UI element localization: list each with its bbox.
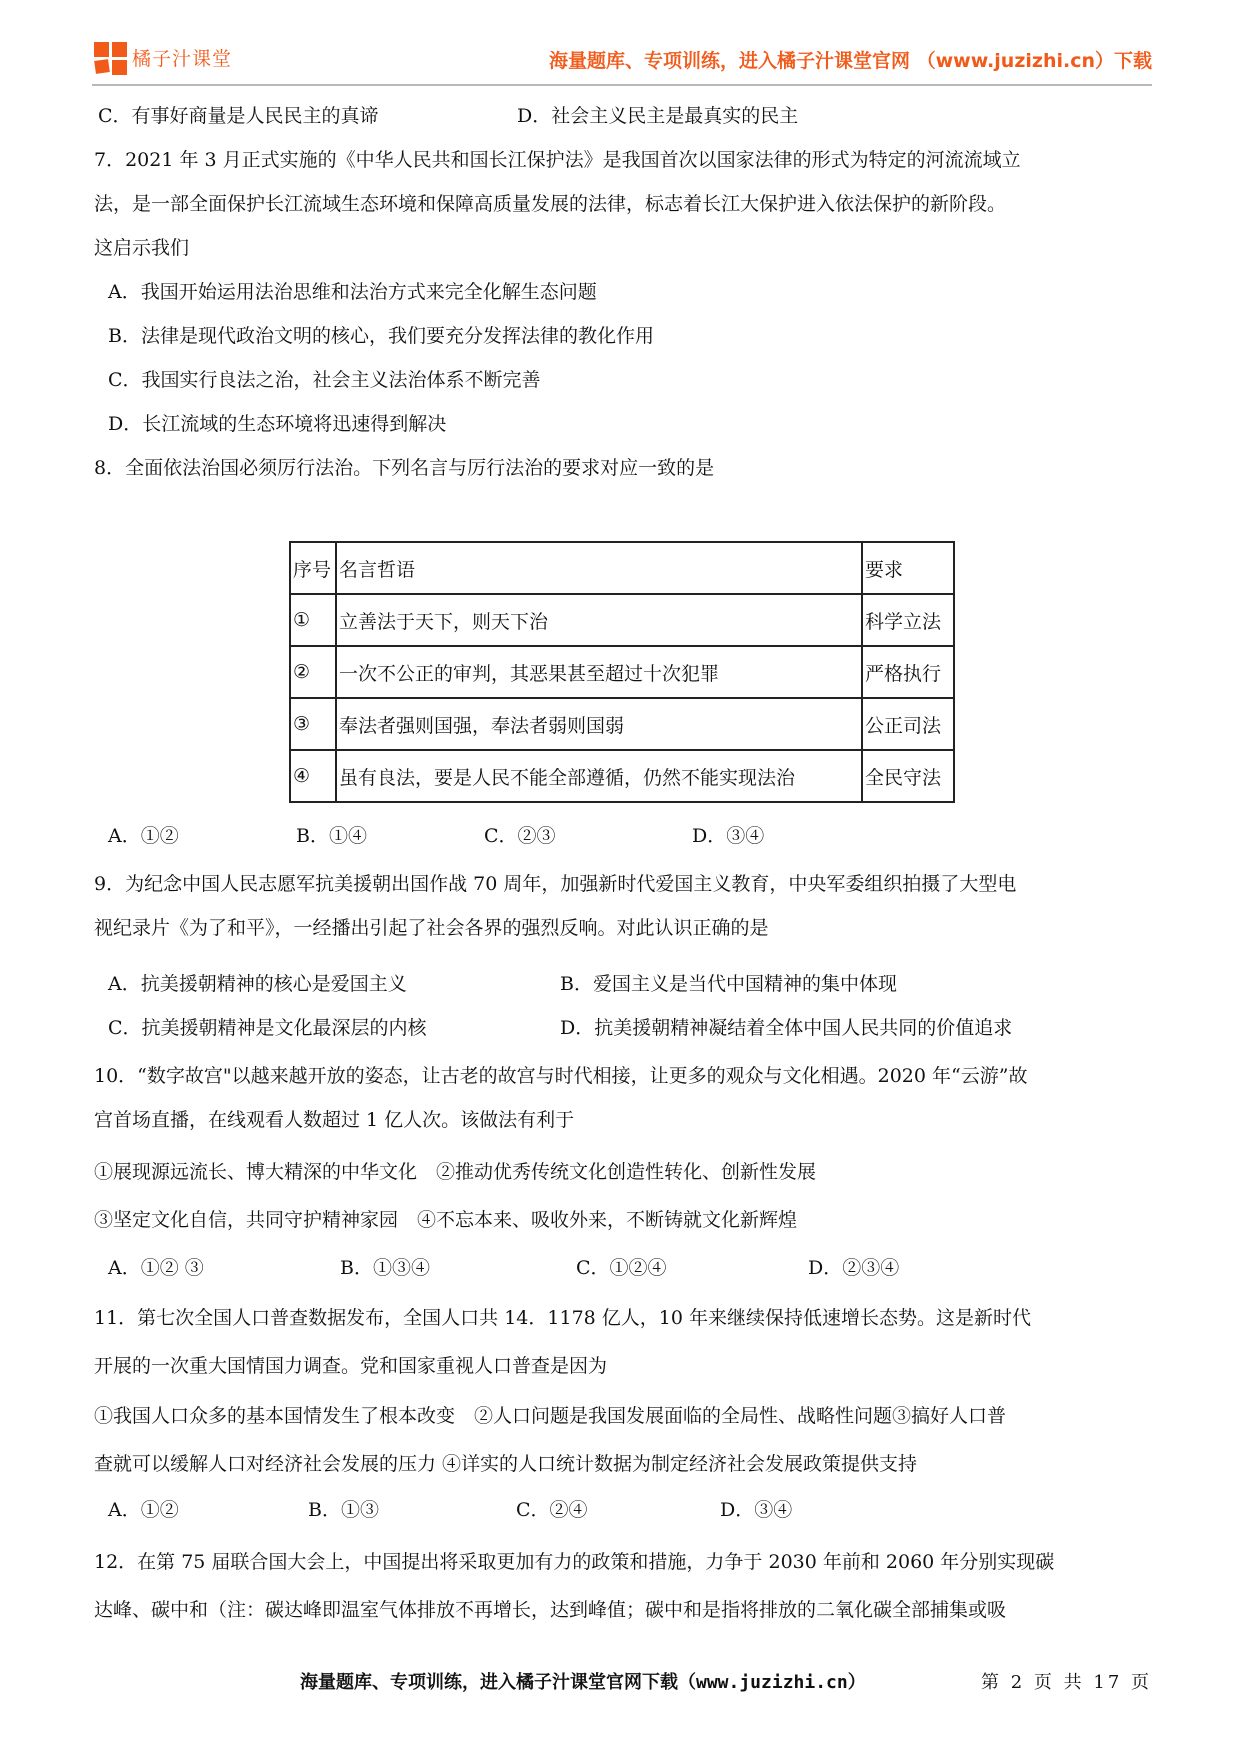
table-header-cell: 名言哲语	[336, 542, 862, 594]
table-row: ② 一次不公正的审判，其恶果甚至超过十次犯罪 严格执行	[290, 646, 954, 698]
q10-statements-2: ③坚定文化自信，共同守护精神家园 ④不忘本来、吸收外来，不断铸就文化新辉煌	[94, 1208, 797, 1232]
q8-option-d: D．③④	[692, 824, 764, 848]
q9-stem-line-2: 视纪录片《为了和平》，一经播出引起了社会各界的强烈反响。对此认识正确的是	[94, 916, 769, 940]
q11-statements-2: 查就可以缓解人口对经济社会发展的压力 ④详实的人口统计数据为制定经济社会发展政策…	[94, 1452, 917, 1476]
table-cell: 科学立法	[862, 594, 954, 646]
q11-option-d: D．③④	[720, 1498, 792, 1522]
q9-option-d: D．抗美援朝精神凝结着全体中国人民共同的价值追求	[560, 1016, 1012, 1040]
brand-logo-icon	[94, 42, 128, 76]
table-row: ③ 奉法者强则国强，奉法者弱则国弱 公正司法	[290, 698, 954, 750]
q6-option-d: D．社会主义民主是最真实的民主	[517, 104, 798, 128]
q12-stem-line-1: 12．在第 75 届联合国大会上，中国提出将采取更加有力的政策和措施，力争于 2…	[94, 1550, 1054, 1574]
q10-option-a: A．①② ③	[108, 1256, 204, 1280]
q12-stem-line-2: 达峰、碳中和（注：碳达峰即温室气体排放不再增长，达到峰值；碳中和是指将排放的二氧…	[94, 1598, 1006, 1622]
table-row: ④ 虽有良法，要是人民不能全部遵循，仍然不能实现法治 全民守法	[290, 750, 954, 802]
table-cell: ④	[290, 750, 336, 802]
q10-option-c: C．①②④	[576, 1256, 667, 1280]
q10-stem-line-1: 10．“数字故宫"以越来越开放的姿态，让古老的故宫与时代相接，让更多的观众与文化…	[94, 1064, 1027, 1088]
q8-option-c: C．②③	[484, 824, 556, 848]
table-cell: 公正司法	[862, 698, 954, 750]
table-cell: 奉法者强则国强，奉法者弱则国弱	[336, 698, 862, 750]
q8-option-b: B．①④	[296, 824, 367, 848]
table-header-cell: 序号	[290, 542, 336, 594]
header-divider	[92, 84, 1152, 86]
table-cell: 虽有良法，要是人民不能全部遵循，仍然不能实现法治	[336, 750, 862, 802]
q11-stem-line-2: 开展的一次重大国情国力调查。党和国家重视人口普查是因为	[94, 1354, 607, 1378]
q7-stem-line-1: 7．2021 年 3 月正式实施的《中华人民共和国长江保护法》是我国首次以国家法…	[94, 148, 1021, 172]
page-header: 橘子汁课堂 海量题库、专项训练，进入橘子汁课堂官网 （www.juzizhi.c…	[92, 38, 1152, 86]
q9-option-b: B．爱国主义是当代中国精神的集中体现	[560, 972, 897, 996]
q7-stem-line-3: 这启示我们	[94, 236, 189, 260]
q7-option-d: D．长江流域的生态环境将迅速得到解决	[108, 412, 446, 436]
q10-stem-line-2: 宫首场直播，在线观看人数超过 1 亿人次。该做法有利于	[94, 1108, 574, 1132]
table-cell: 全民守法	[862, 750, 954, 802]
page-number: 第 2 页 共 17 页	[981, 1668, 1152, 1694]
q11-option-c: C．②④	[516, 1498, 588, 1522]
table-cell: ①	[290, 594, 336, 646]
q7-option-b: B．法律是现代政治文明的核心，我们要充分发挥法律的教化作用	[108, 324, 654, 348]
q9-stem-line-1: 9．为纪念中国人民志愿军抗美援朝出国作战 70 周年，加强新时代爱国主义教育，中…	[94, 872, 1016, 896]
q10-statements-1: ①展现源远流长、博大精深的中华文化 ②推动优秀传统文化创造性转化、创新性发展	[94, 1160, 816, 1184]
q7-option-a: A．我国开始运用法治思维和法治方式来完全化解生态问题	[108, 280, 597, 304]
q8-option-a: A．①②	[108, 824, 179, 848]
q11-option-a: A．①②	[108, 1498, 179, 1522]
footer-link[interactable]: 海量题库、专项训练，进入橘子汁课堂官网下载（www.juzizhi.cn）	[300, 1668, 866, 1694]
header-slogan-link[interactable]: 海量题库、专项训练，进入橘子汁课堂官网 （www.juzizhi.cn）下载	[549, 46, 1152, 73]
q10-option-b: B．①③④	[340, 1256, 430, 1280]
q11-statements-1: ①我国人口众多的基本国情发生了根本改变 ②人口问题是我国发展面临的全局性、战略性…	[94, 1404, 1006, 1428]
q7-option-c: C．我国实行良法之治，社会主义法治体系不断完善	[108, 368, 541, 392]
table-cell: ②	[290, 646, 336, 698]
q8-stem: 8．全面依法治国必须厉行法治。下列名言与厉行法治的要求对应一致的是	[94, 456, 714, 480]
q11-option-b: B．①③	[308, 1498, 379, 1522]
q7-stem-line-2: 法，是一部全面保护长江流域生态环境和保障高质量发展的法律，标志着长江大保护进入依…	[94, 192, 1006, 216]
q11-stem-line-1: 11．第七次全国人口普查数据发布，全国人口共 14．1178 亿人，10 年来继…	[94, 1306, 1031, 1330]
table-header-row: 序号 名言哲语 要求	[290, 542, 954, 594]
q6-option-c: C．有事好商量是人民民主的真谛	[98, 104, 379, 128]
q8-table: 序号 名言哲语 要求 ① 立善法于天下，则天下治 科学立法 ② 一次不公正的审判…	[289, 541, 955, 803]
table-cell: 一次不公正的审判，其恶果甚至超过十次犯罪	[336, 646, 862, 698]
q9-option-c: C．抗美援朝精神是文化最深层的内核	[108, 1016, 427, 1040]
table-row: ① 立善法于天下，则天下治 科学立法	[290, 594, 954, 646]
q9-option-a: A．抗美援朝精神的核心是爱国主义	[108, 972, 407, 996]
q10-option-d: D．②③④	[808, 1256, 899, 1280]
table-cell: ③	[290, 698, 336, 750]
table-cell: 立善法于天下，则天下治	[336, 594, 862, 646]
table-cell: 严格执行	[862, 646, 954, 698]
table-header-cell: 要求	[862, 542, 954, 594]
brand-name: 橘子汁课堂	[132, 44, 232, 71]
